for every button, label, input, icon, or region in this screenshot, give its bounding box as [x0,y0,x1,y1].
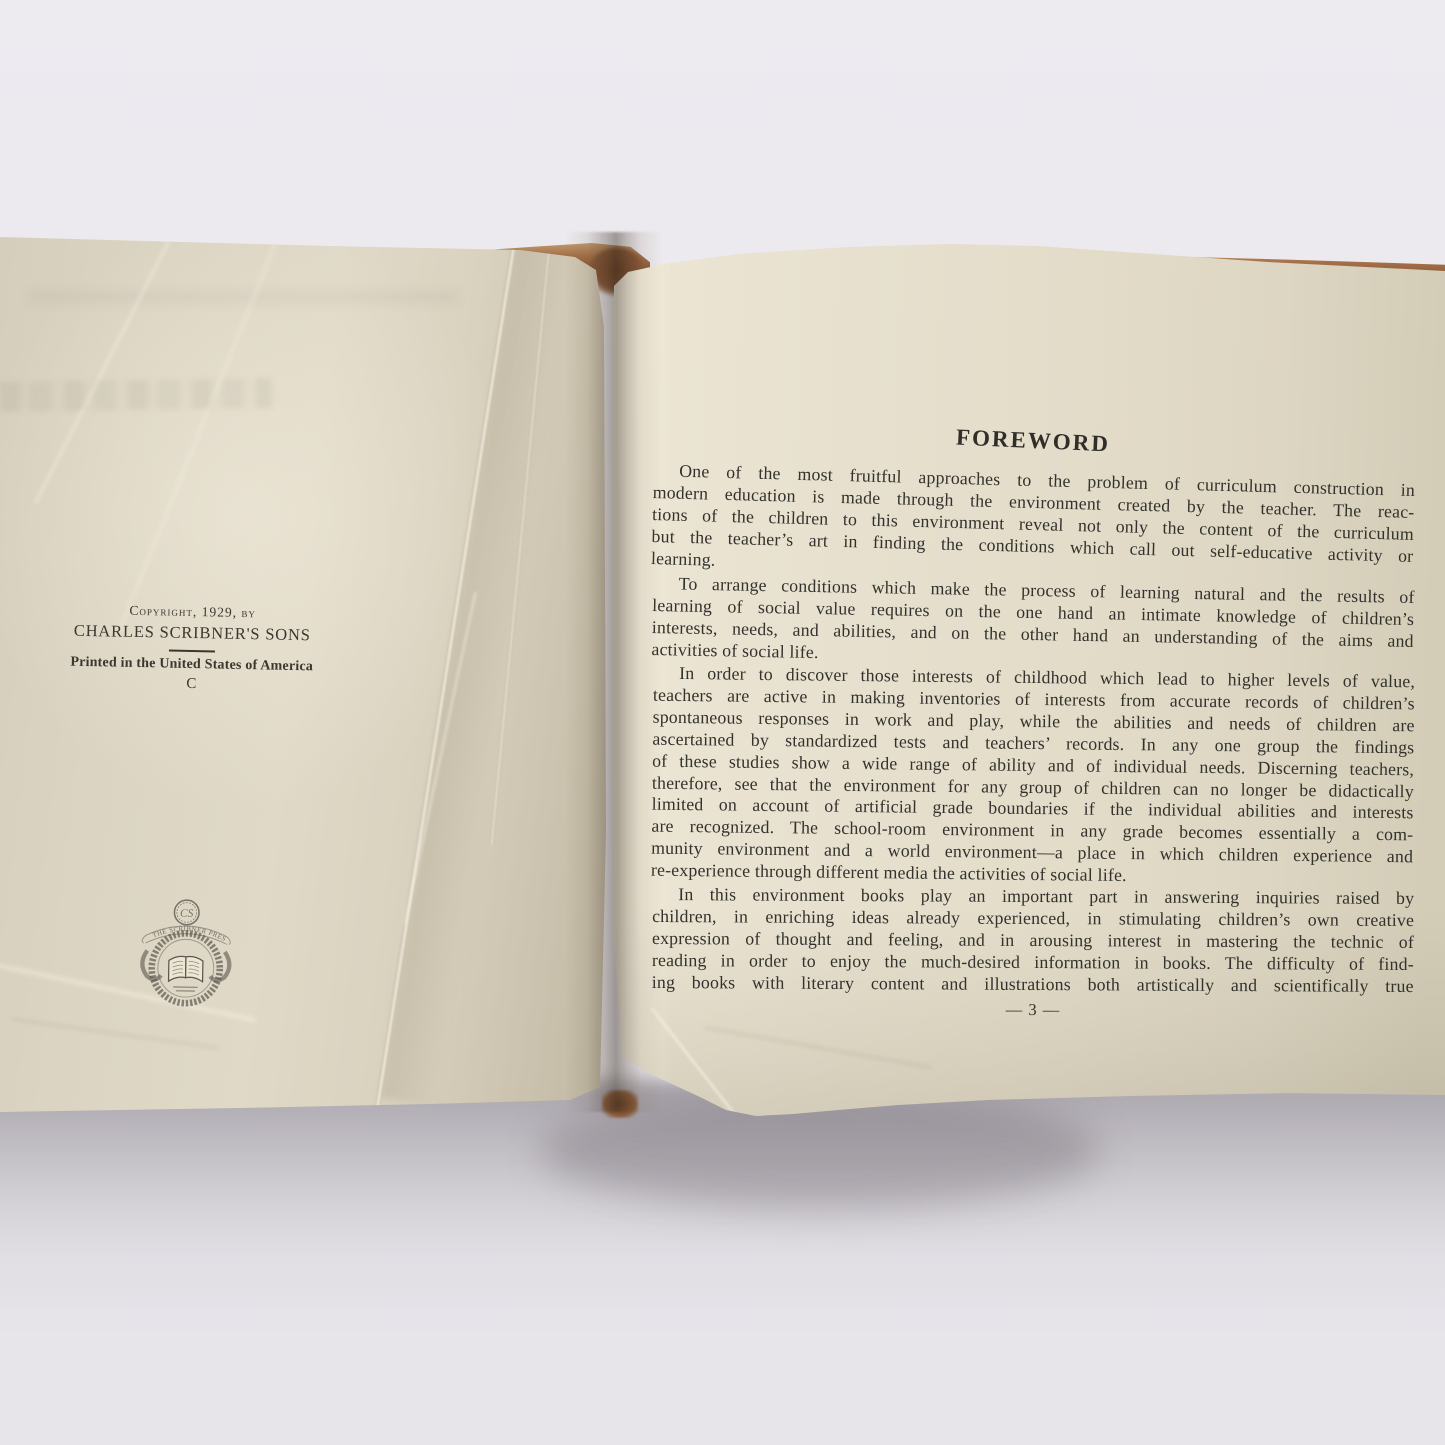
publisher-name: CHARLES SCRIBNER'S SONS [56,620,328,645]
page-showthrough [28,290,458,304]
paragraph: One of the most fruitful approaches to t… [651,460,1416,589]
page-crease [490,238,552,846]
printing-code-letter: C [55,673,327,695]
page-crease [34,235,173,504]
foreword-paragraphs: One of the most fruitful approaches to t… [652,470,1414,996]
right-page: FOREWORD One of the most fruitful approa… [608,240,1445,1120]
page-crease [403,592,477,925]
open-book-photo: Copyright, 1929, by CHARLES SCRIBNER'S S… [0,0,1445,1445]
paragraph: In order to discover those interests of … [651,663,1415,891]
copyright-block: Copyright, 1929, by CHARLES SCRIBNER'S S… [55,601,329,695]
page-crease-shadow [380,226,589,1108]
paragraph: In this environment books play an import… [652,884,1415,998]
page-crease [11,1017,219,1049]
scribner-press-emblem: THE SCRIBNER PRESS CS [133,889,239,1021]
book-spine-bottom [602,1090,638,1118]
page-showthrough-text-ghost [0,378,272,412]
text-line: ing books with literary content and illu… [652,972,1414,998]
printed-in-line: Printed in the United States of America [56,654,328,675]
page-crease [117,233,281,633]
paragraph: To arrange conditions which make the pro… [651,573,1414,675]
divider-rule [169,650,215,652]
page-number: — 3 — [652,998,1414,1022]
emblem-monogram: CS [180,908,194,920]
page-crease [704,1026,931,1069]
left-page: Copyright, 1929, by CHARLES SCRIBNER'S S… [0,232,612,1114]
copyright-year-line: Copyright, 1929, by [57,601,329,622]
page-crease [374,240,518,1110]
